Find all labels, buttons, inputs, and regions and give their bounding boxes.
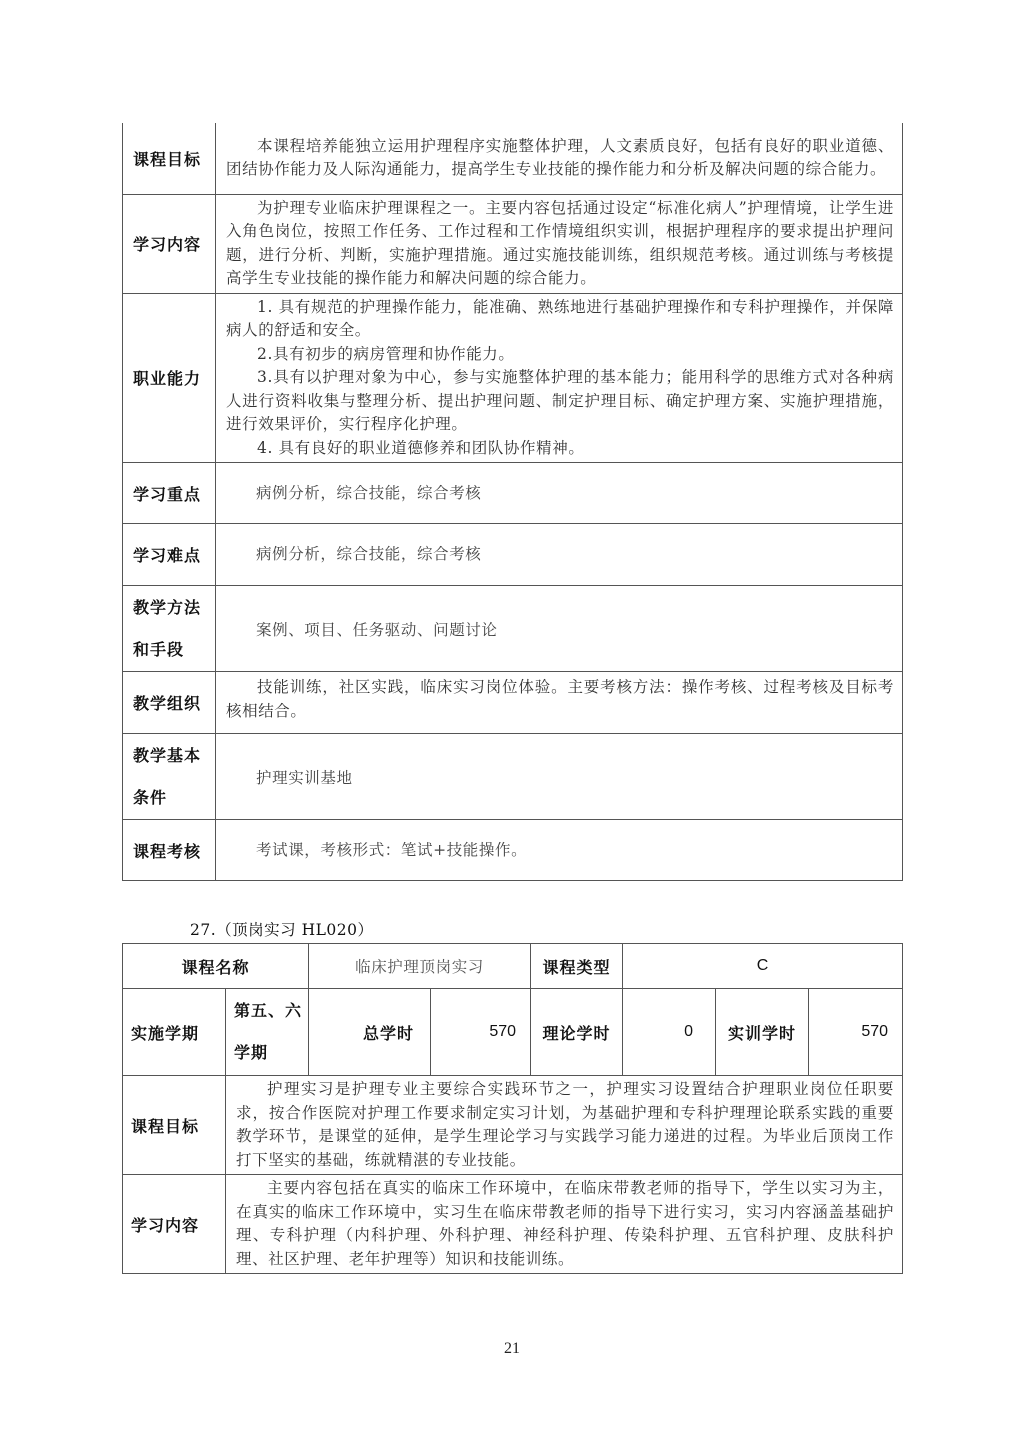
label-line: 教学方法 <box>133 587 215 629</box>
semester-value-line: 学期 <box>234 1032 308 1074</box>
content-label: 学习内容 <box>123 1175 226 1274</box>
row-label: 课程考核 <box>123 820 216 881</box>
row-content: 技能训练，社区实践，临床实习岗位体验。主要考核方法：操作考核、过程考核及目标考核… <box>216 672 903 734</box>
internship-course-table: 课程名称 临床护理顶岗实习 课程类型 C 实施学期 第五、六 学期 总学时 57… <box>122 943 903 1274</box>
paragraph: 本课程培养能独立运用护理程序实施整体护理，人文素质良好，包括有良好的职业道德、团… <box>226 135 894 182</box>
row-label: 学习内容 <box>123 194 216 293</box>
row-content: 病例分析，综合技能，综合考核 <box>216 463 903 524</box>
course-name-label: 课程名称 <box>123 944 309 989</box>
row-label: 课程目标 <box>123 123 216 194</box>
row-label: 学习重点 <box>123 463 216 524</box>
total-hours-value: 570 <box>431 989 531 1076</box>
table-row: 教学方法 和手段 案例、项目、任务驱动、问题讨论 <box>123 586 903 672</box>
table-row: 课程名称 临床护理顶岗实习 课程类型 C <box>123 944 903 989</box>
table-row: 学习内容 为护理专业临床护理课程之一。主要内容包括通过设定“标准化病人”护理情境… <box>123 194 903 293</box>
row-content: 为护理专业临床护理课程之一。主要内容包括通过设定“标准化病人”护理情境，让学生进… <box>216 194 903 293</box>
table-row: 学习重点 病例分析，综合技能，综合考核 <box>123 463 903 524</box>
row-label: 教学基本 条件 <box>123 734 216 820</box>
paragraph: 主要内容包括在真实的临床工作环境中，在临床带教老师的指导下，学生以实习为主，在真… <box>236 1177 894 1271</box>
table-row: 教学组织 技能训练，社区实践，临床实习岗位体验。主要考核方法：操作考核、过程考核… <box>123 672 903 734</box>
table-row: 课程目标 本课程培养能独立运用护理程序实施整体护理，人文素质良好，包括有良好的职… <box>123 123 903 194</box>
paragraph: 2.具有初步的病房管理和协作能力。 <box>226 343 894 367</box>
table-row: 实施学期 第五、六 学期 总学时 570 理论学时 0 实训学时 570 <box>123 989 903 1076</box>
section-heading: 27.（顶岗实习 HL020） <box>190 918 373 940</box>
theory-hours-label: 理论学时 <box>531 989 623 1076</box>
row-content: 案例、项目、任务驱动、问题讨论 <box>216 586 903 672</box>
objective-content: 护理实习是护理专业主要综合实践环节之一，护理实习设置结合护理职业岗位任职要求，按… <box>226 1076 903 1175</box>
table-row: 学习内容 主要内容包括在真实的临床工作环境中，在临床带教老师的指导下，学生以实习… <box>123 1175 903 1274</box>
table-row: 教学基本 条件 护理实训基地 <box>123 734 903 820</box>
label-line: 和手段 <box>133 629 215 671</box>
paragraph: 4. 具有良好的职业道德修养和团队协作精神。 <box>226 437 894 461</box>
semester-value: 第五、六 学期 <box>226 989 309 1076</box>
paragraph: 技能训练，社区实践，临床实习岗位体验。主要考核方法：操作考核、过程考核及目标考核… <box>226 676 894 723</box>
course-table-continued: 课程目标 本课程培养能独立运用护理程序实施整体护理，人文素质良好，包括有良好的职… <box>122 123 903 881</box>
label-line: 教学基本 <box>133 735 215 777</box>
table-row: 课程目标 护理实习是护理专业主要综合实践环节之一，护理实习设置结合护理职业岗位任… <box>123 1076 903 1175</box>
label-line: 条件 <box>133 777 215 819</box>
row-content: 本课程培养能独立运用护理程序实施整体护理，人文素质良好，包括有良好的职业道德、团… <box>216 123 903 194</box>
theory-hours-value: 0 <box>623 989 716 1076</box>
practice-hours-value: 570 <box>809 989 903 1076</box>
semester-label: 实施学期 <box>123 989 226 1076</box>
row-label: 教学组织 <box>123 672 216 734</box>
row-label: 教学方法 和手段 <box>123 586 216 672</box>
row-content: 病例分析，综合技能，综合考核 <box>216 524 903 586</box>
table-row: 学习难点 病例分析，综合技能，综合考核 <box>123 524 903 586</box>
row-content: 护理实训基地 <box>216 734 903 820</box>
row-label: 学习难点 <box>123 524 216 586</box>
course-name-value: 临床护理顶岗实习 <box>309 944 531 989</box>
table-row: 课程考核 考试课，考核形式：笔试+技能操作。 <box>123 820 903 881</box>
objective-label: 课程目标 <box>123 1076 226 1175</box>
content-text: 主要内容包括在真实的临床工作环境中，在临床带教老师的指导下，学生以实习为主，在真… <box>226 1175 903 1274</box>
practice-hours-label: 实训学时 <box>716 989 809 1076</box>
paragraph: 1. 具有规范的护理操作能力，能准确、熟练地进行基础护理操作和专科护理操作，并保… <box>226 296 894 343</box>
paragraph: 护理实习是护理专业主要综合实践环节之一，护理实习设置结合护理职业岗位任职要求，按… <box>236 1078 894 1172</box>
document-page: 课程目标 本课程培养能独立运用护理程序实施整体护理，人文素质良好，包括有良好的职… <box>0 0 1024 1448</box>
table-row: 职业能力 1. 具有规范的护理操作能力，能准确、熟练地进行基础护理操作和专科护理… <box>123 293 903 463</box>
paragraph: 3.具有以护理对象为中心，参与实施整体护理的基本能力；能用科学的思维方式对各种病… <box>226 366 894 437</box>
course-type-value: C <box>623 944 903 989</box>
page-number: 21 <box>0 1340 1024 1358</box>
row-label: 职业能力 <box>123 293 216 463</box>
row-content: 考试课，考核形式：笔试+技能操作。 <box>216 820 903 881</box>
semester-value-line: 第五、六 <box>234 990 308 1032</box>
total-hours-label: 总学时 <box>309 989 431 1076</box>
paragraph: 为护理专业临床护理课程之一。主要内容包括通过设定“标准化病人”护理情境，让学生进… <box>226 197 894 291</box>
row-content: 1. 具有规范的护理操作能力，能准确、熟练地进行基础护理操作和专科护理操作，并保… <box>216 293 903 463</box>
course-type-label: 课程类型 <box>531 944 623 989</box>
